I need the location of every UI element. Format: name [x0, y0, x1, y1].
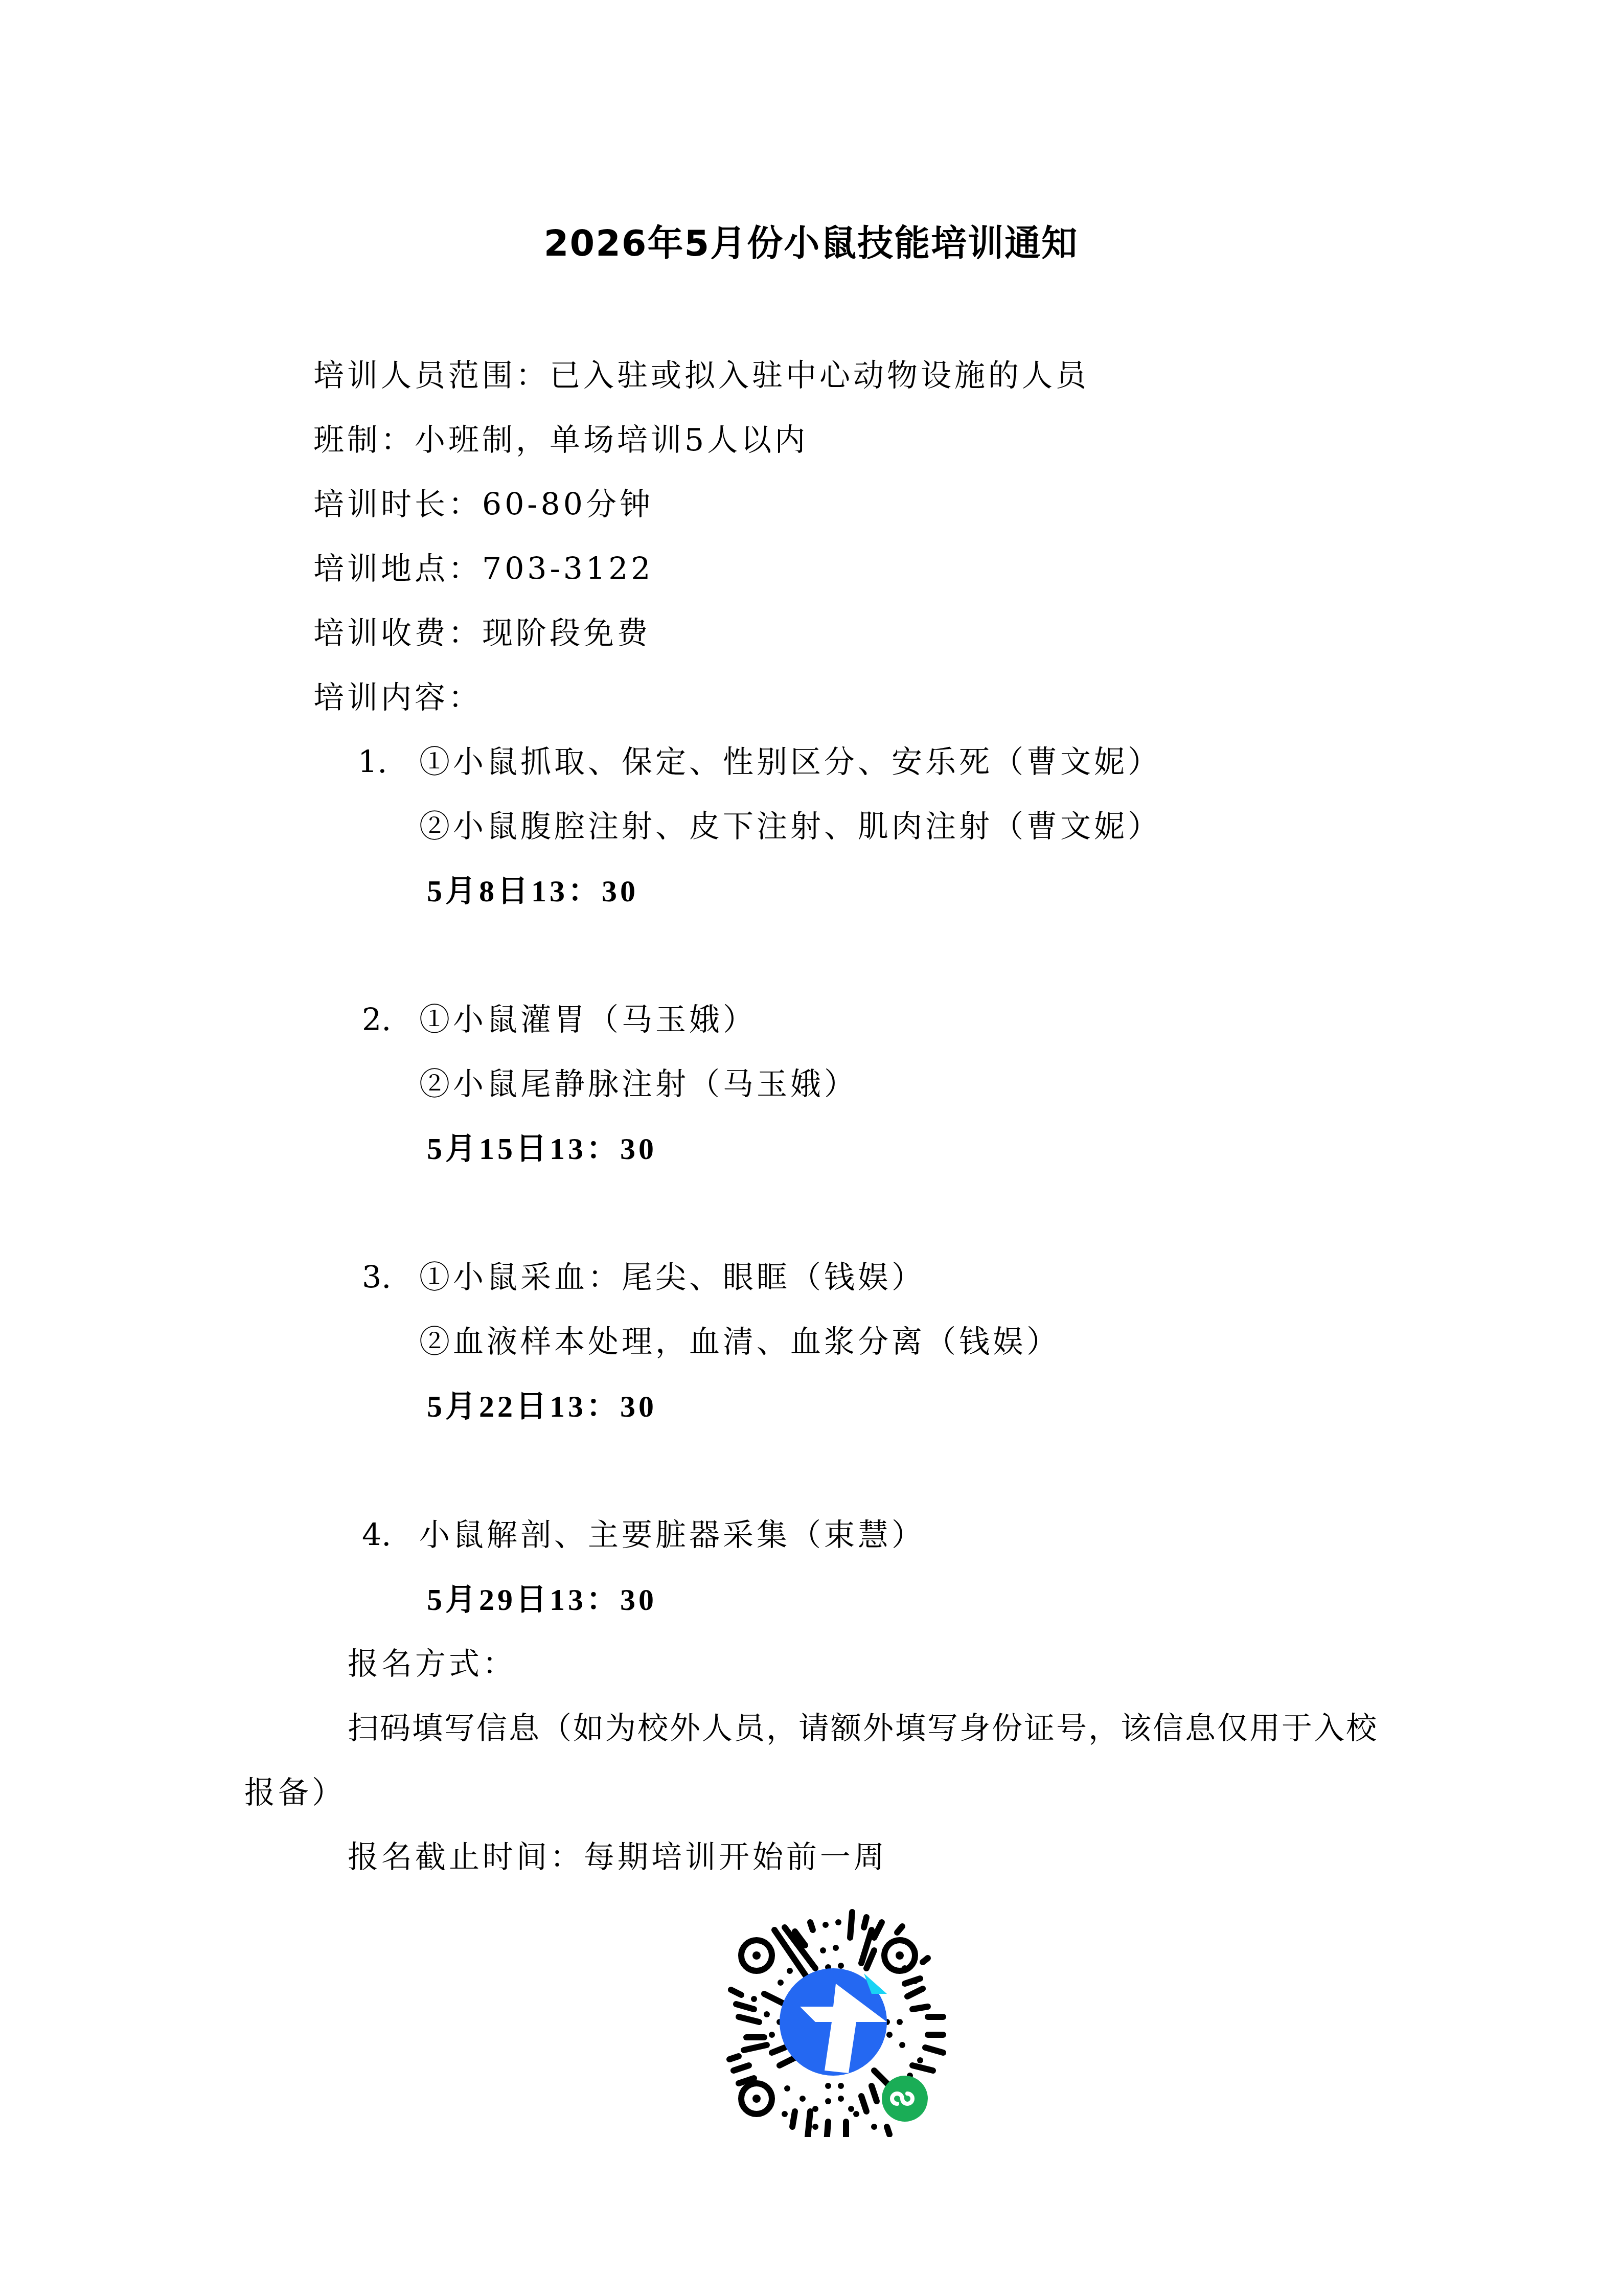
session-item: ①小鼠抓取、保定、性别区分、安乐死（曹文妮） [419, 744, 1161, 780]
session-item: ①小鼠采血：尾尖、眼眶（钱娱） [419, 1260, 925, 1295]
registration-heading: 报名方式： [348, 1646, 516, 1682]
info-fee: 培训收费：现阶段免费 [313, 616, 651, 651]
session-datetime: 5月15日13：30 [427, 1131, 657, 1167]
session-number: 2. [362, 1002, 391, 1038]
info-scope: 培训人员范围：已入驻或拟入驻中心动物设施的人员 [313, 358, 1089, 394]
info-location: 培训地点：703-3122 [313, 551, 654, 587]
registration-deadline: 报名截止时间：每期培训开始前一周 [348, 1839, 887, 1875]
registration-qr-code[interactable] [718, 1907, 948, 2137]
session-number: 1. [358, 744, 387, 780]
session-item: ②小鼠腹腔注射、皮下注射、肌肉注射（曹文妮） [419, 809, 1161, 845]
mini-program-badge-icon [882, 2076, 928, 2122]
session-item: ②小鼠尾静脉注射（马玉娥） [419, 1066, 858, 1102]
session-datetime: 5月8日13：30 [427, 873, 638, 909]
document-page: 2026年5月份小鼠技能培训通知 培训人员范围：已入驻或拟入驻中心动物设施的人员… [0, 0, 1622, 2296]
info-class-size: 班制：小班制，单场培训5人以内 [313, 422, 808, 458]
info-duration: 培训时长：60-80分钟 [313, 487, 653, 522]
registration-method: 扫码填写信息（如为校外人员，请额外填写身份证号，该信息仅用于入校 [348, 1711, 1378, 1746]
session-item: ①小鼠灌胃（马玉娥） [419, 1002, 757, 1038]
session-number: 4. [362, 1517, 391, 1553]
session-datetime: 5月22日13：30 [427, 1389, 657, 1424]
session-number: 3. [362, 1260, 391, 1295]
registration-method-wrap: 报备） [244, 1775, 346, 1811]
session-datetime: 5月29日13：30 [427, 1582, 657, 1618]
info-content-heading: 培训内容： [313, 680, 482, 716]
session-item: 小鼠解剖、主要脏器采集（束慧） [419, 1517, 925, 1553]
session-item: ②血液样本处理，血清、血浆分离（钱娱） [419, 1324, 1060, 1360]
page-title: 2026年5月份小鼠技能培训通知 [0, 215, 1622, 266]
wechat-mini-program-qr-icon [718, 1907, 948, 2137]
